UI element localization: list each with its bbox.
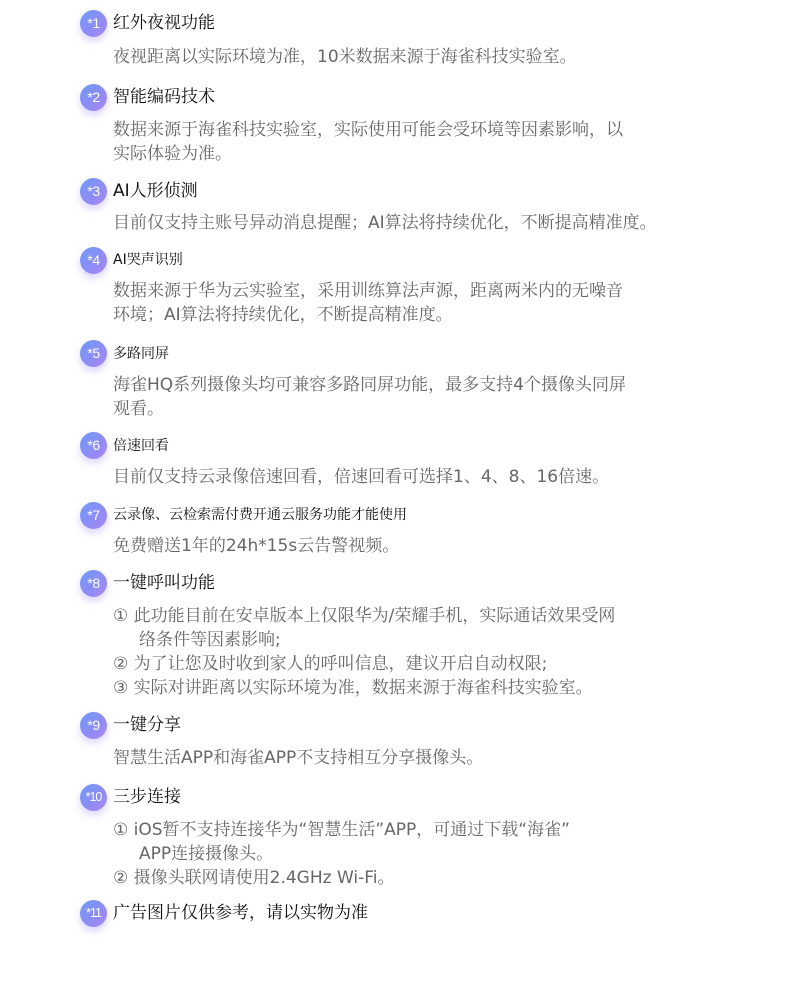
note-number-badge: *11 [80,900,107,927]
note-body: 免费赠送1年的24h*15s云告警视频。 [113,534,753,558]
note-title: AI人形侦测 [113,179,198,203]
note-body-line: ② 摄像头联网请使用2.4GHz Wi-Fi。 [113,866,753,890]
note-body-line: 络条件等因素影响; [113,628,753,652]
note-number-badge: *5 [80,340,107,367]
note-body-line: 智慧生活APP和海雀APP不支持相互分享摄像头。 [113,746,753,770]
note-body: ① iOS暂不支持连接华为“智慧生活”APP，可通过下载“海雀” APP连接摄像… [113,818,753,890]
note-number-badge: *10 [80,784,107,811]
note-body: ① 此功能目前在安卓版本上仅限华为/荣耀手机，实际通话效果受网 络条件等因素影响… [113,604,753,700]
note-body-line: ① 此功能目前在安卓版本上仅限华为/荣耀手机，实际通话效果受网 [113,604,753,628]
note-title: 一键呼叫功能 [113,571,215,595]
note-title: 一键分享 [113,713,181,737]
note-body: 目前仅支持主账号异动消息提醒；AI算法将持续优化，不断提高精准度。 [113,211,753,235]
note-body-line: 观看。 [113,397,753,421]
note-body-line: 夜视距离以实际环境为准，10米数据来源于海雀科技实验室。 [113,45,753,69]
note-body-line: 实际体验为准。 [113,142,753,166]
note-body-line: ① iOS暂不支持连接华为“智慧生活”APP，可通过下载“海雀” [113,818,753,842]
note-title: 三步连接 [113,785,181,809]
note-title: 广告图片仅供参考，请以实物为准 [113,901,368,925]
note-number-badge: *7 [80,502,107,529]
note-body-line: APP连接摄像头。 [113,842,753,866]
note-body: 海雀HQ系列摄像头均可兼容多路同屏功能，最多支持4个摄像头同屏 观看。 [113,373,753,421]
note-body: 数据来源于华为云实验室，采用训练算法声源，距离两米内的无噪音 环境；AI算法将持… [113,279,753,327]
note-body-line: 环境；AI算法将持续优化，不断提高精准度。 [113,303,753,327]
note-number-badge: *4 [80,247,107,274]
note-body-line: ③ 实际对讲距离以实际环境为准，数据来源于海雀科技实验室。 [113,676,753,700]
note-title: AI哭声识别 [113,248,183,272]
note-body: 目前仅支持云录像倍速回看，倍速回看可选择1、4、8、16倍速。 [113,465,753,489]
note-body-line: 数据来源于华为云实验室，采用训练算法声源，距离两米内的无噪音 [113,279,753,303]
note-body-line: 海雀HQ系列摄像头均可兼容多路同屏功能，最多支持4个摄像头同屏 [113,373,753,397]
note-number-badge: *9 [80,712,107,739]
note-number-badge: *3 [80,178,107,205]
note-title: 云录像、云检索需付费开通云服务功能才能使用 [113,503,407,527]
note-body-line: 免费赠送1年的24h*15s云告警视频。 [113,534,753,558]
note-title: 智能编码技术 [113,85,215,109]
note-body-line: 数据来源于海雀科技实验室，实际使用可能会受环境等因素影响，以 [113,118,753,142]
note-body: 智慧生活APP和海雀APP不支持相互分享摄像头。 [113,746,753,770]
note-body-line: 目前仅支持云录像倍速回看，倍速回看可选择1、4、8、16倍速。 [113,465,753,489]
note-body-line: 目前仅支持主账号异动消息提醒；AI算法将持续优化，不断提高精准度。 [113,211,753,235]
note-body: 夜视距离以实际环境为准，10米数据来源于海雀科技实验室。 [113,45,753,69]
note-number-badge: *1 [80,10,107,37]
note-title: 倍速回看 [113,434,169,458]
note-body: 数据来源于海雀科技实验室，实际使用可能会受环境等因素影响，以 实际体验为准。 [113,118,753,166]
note-title: 多路同屏 [113,342,169,366]
note-body-line: ② 为了让您及时收到家人的呼叫信息，建议开启自动权限; [113,652,753,676]
note-title: 红外夜视功能 [113,11,215,35]
note-number-badge: *6 [80,432,107,459]
note-number-badge: *8 [80,570,107,597]
note-number-badge: *2 [80,84,107,111]
